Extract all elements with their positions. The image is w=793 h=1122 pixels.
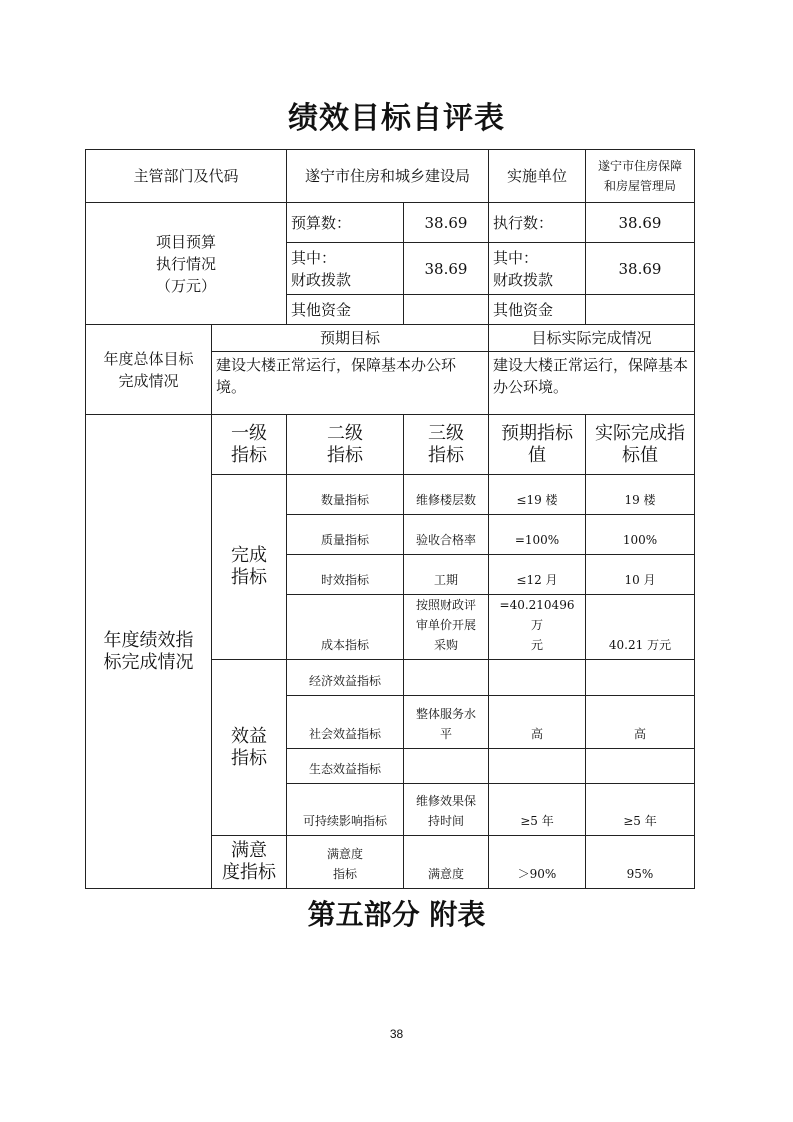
fiscal-value-left: 38.69: [403, 242, 489, 295]
level2-cell: 数量指标: [286, 474, 404, 515]
level2-cell: 社会效益指标: [286, 695, 404, 749]
expected-cell: [488, 659, 586, 696]
dept-value: 遂宁市住房和城乡建设局: [286, 149, 489, 203]
budget-label: 项目预算 执行情况 （万元）: [85, 202, 287, 325]
actual-cell: ≥5 年: [585, 783, 695, 836]
performance-label: 年度绩效指 标完成情况: [85, 414, 212, 889]
actual-cell: 高: [585, 695, 695, 749]
level3-cell: 按照财政评 审单价开展 采购: [403, 594, 489, 660]
level2-cell: 时效指标: [286, 554, 404, 595]
budget-amount-label: 预算数：: [286, 202, 404, 243]
actual-cell: [585, 659, 695, 696]
header-level1: 一级 指标: [211, 414, 287, 475]
fiscal-label-left: 其中： 财政拨款: [286, 242, 404, 295]
expected-goal-text: 建设大楼正常运行，保障基本办公环境。: [211, 351, 489, 415]
level3-cell: 满意度: [403, 835, 489, 889]
exec-amount-label: 执行数：: [488, 202, 586, 243]
other-funds-label-right: 其他资金: [488, 294, 586, 325]
header-actual: 实际完成指 标值: [585, 414, 695, 475]
impl-label: 实施单位: [488, 149, 586, 203]
actual-cell: 40.21 万元: [585, 594, 695, 660]
level1-satisfaction: 满意 度指标: [211, 835, 287, 889]
annual-goal-label: 年度总体目标 完成情况: [85, 324, 212, 415]
expected-goal-header: 预期目标: [211, 324, 489, 352]
other-funds-value-left: [403, 294, 489, 325]
level3-cell: 工期: [403, 554, 489, 595]
expected-cell: =100%: [488, 514, 586, 555]
page-title: 绩效目标自评表: [0, 93, 793, 137]
expected-cell: ≥5 年: [488, 783, 586, 836]
expected-cell: [488, 748, 586, 784]
level3-cell: [403, 748, 489, 784]
exec-amount-value: 38.69: [585, 202, 695, 243]
header-level2: 二级 指标: [286, 414, 404, 475]
actual-cell: 19 楼: [585, 474, 695, 515]
level2-cell: 成本指标: [286, 594, 404, 660]
expected-cell: ≤19 楼: [488, 474, 586, 515]
level2-cell: 经济效益指标: [286, 659, 404, 696]
header-level3: 三级 指标: [403, 414, 489, 475]
actual-cell: 100%: [585, 514, 695, 555]
level3-cell: 验收合格率: [403, 514, 489, 555]
level2-cell: 质量指标: [286, 514, 404, 555]
budget-amount-value: 38.69: [403, 202, 489, 243]
actual-goal-header: 目标实际完成情况: [488, 324, 695, 352]
level3-cell: 整体服务水 平: [403, 695, 489, 749]
level3-cell: 维修效果保 持时间: [403, 783, 489, 836]
level2-cell: 满意度 指标: [286, 835, 404, 889]
expected-cell: ＞90%: [488, 835, 586, 889]
level3-cell: 维修楼层数: [403, 474, 489, 515]
level1-benefit: 效益 指标: [211, 659, 287, 836]
expected-cell: =40.210496 万 元: [488, 594, 586, 660]
page-number: 38: [0, 1027, 793, 1041]
level2-cell: 生态效益指标: [286, 748, 404, 784]
actual-cell: [585, 748, 695, 784]
impl-value: 遂宁市住房保障 和房屋管理局: [585, 149, 695, 203]
actual-cell: 10 月: [585, 554, 695, 595]
performance-table: 主管部门及代码 遂宁市住房和城乡建设局 实施单位 遂宁市住房保障 和房屋管理局 …: [85, 149, 695, 889]
fiscal-value-right: 38.69: [585, 242, 695, 295]
expected-cell: 高: [488, 695, 586, 749]
fiscal-label-right: 其中： 财政拨款: [488, 242, 586, 295]
level1-completion: 完成 指标: [211, 474, 287, 660]
section-title: 第五部分 附表: [0, 893, 793, 933]
actual-cell: 95%: [585, 835, 695, 889]
dept-label: 主管部门及代码: [85, 149, 287, 203]
expected-cell: ≤12 月: [488, 554, 586, 595]
level3-cell: [403, 659, 489, 696]
header-expected: 预期指标 值: [488, 414, 586, 475]
other-funds-value-right: [585, 294, 695, 325]
level2-cell: 可持续影响指标: [286, 783, 404, 836]
actual-goal-text: 建设大楼正常运行，保障基本办公环境。: [488, 351, 695, 415]
other-funds-label-left: 其他资金: [286, 294, 404, 325]
